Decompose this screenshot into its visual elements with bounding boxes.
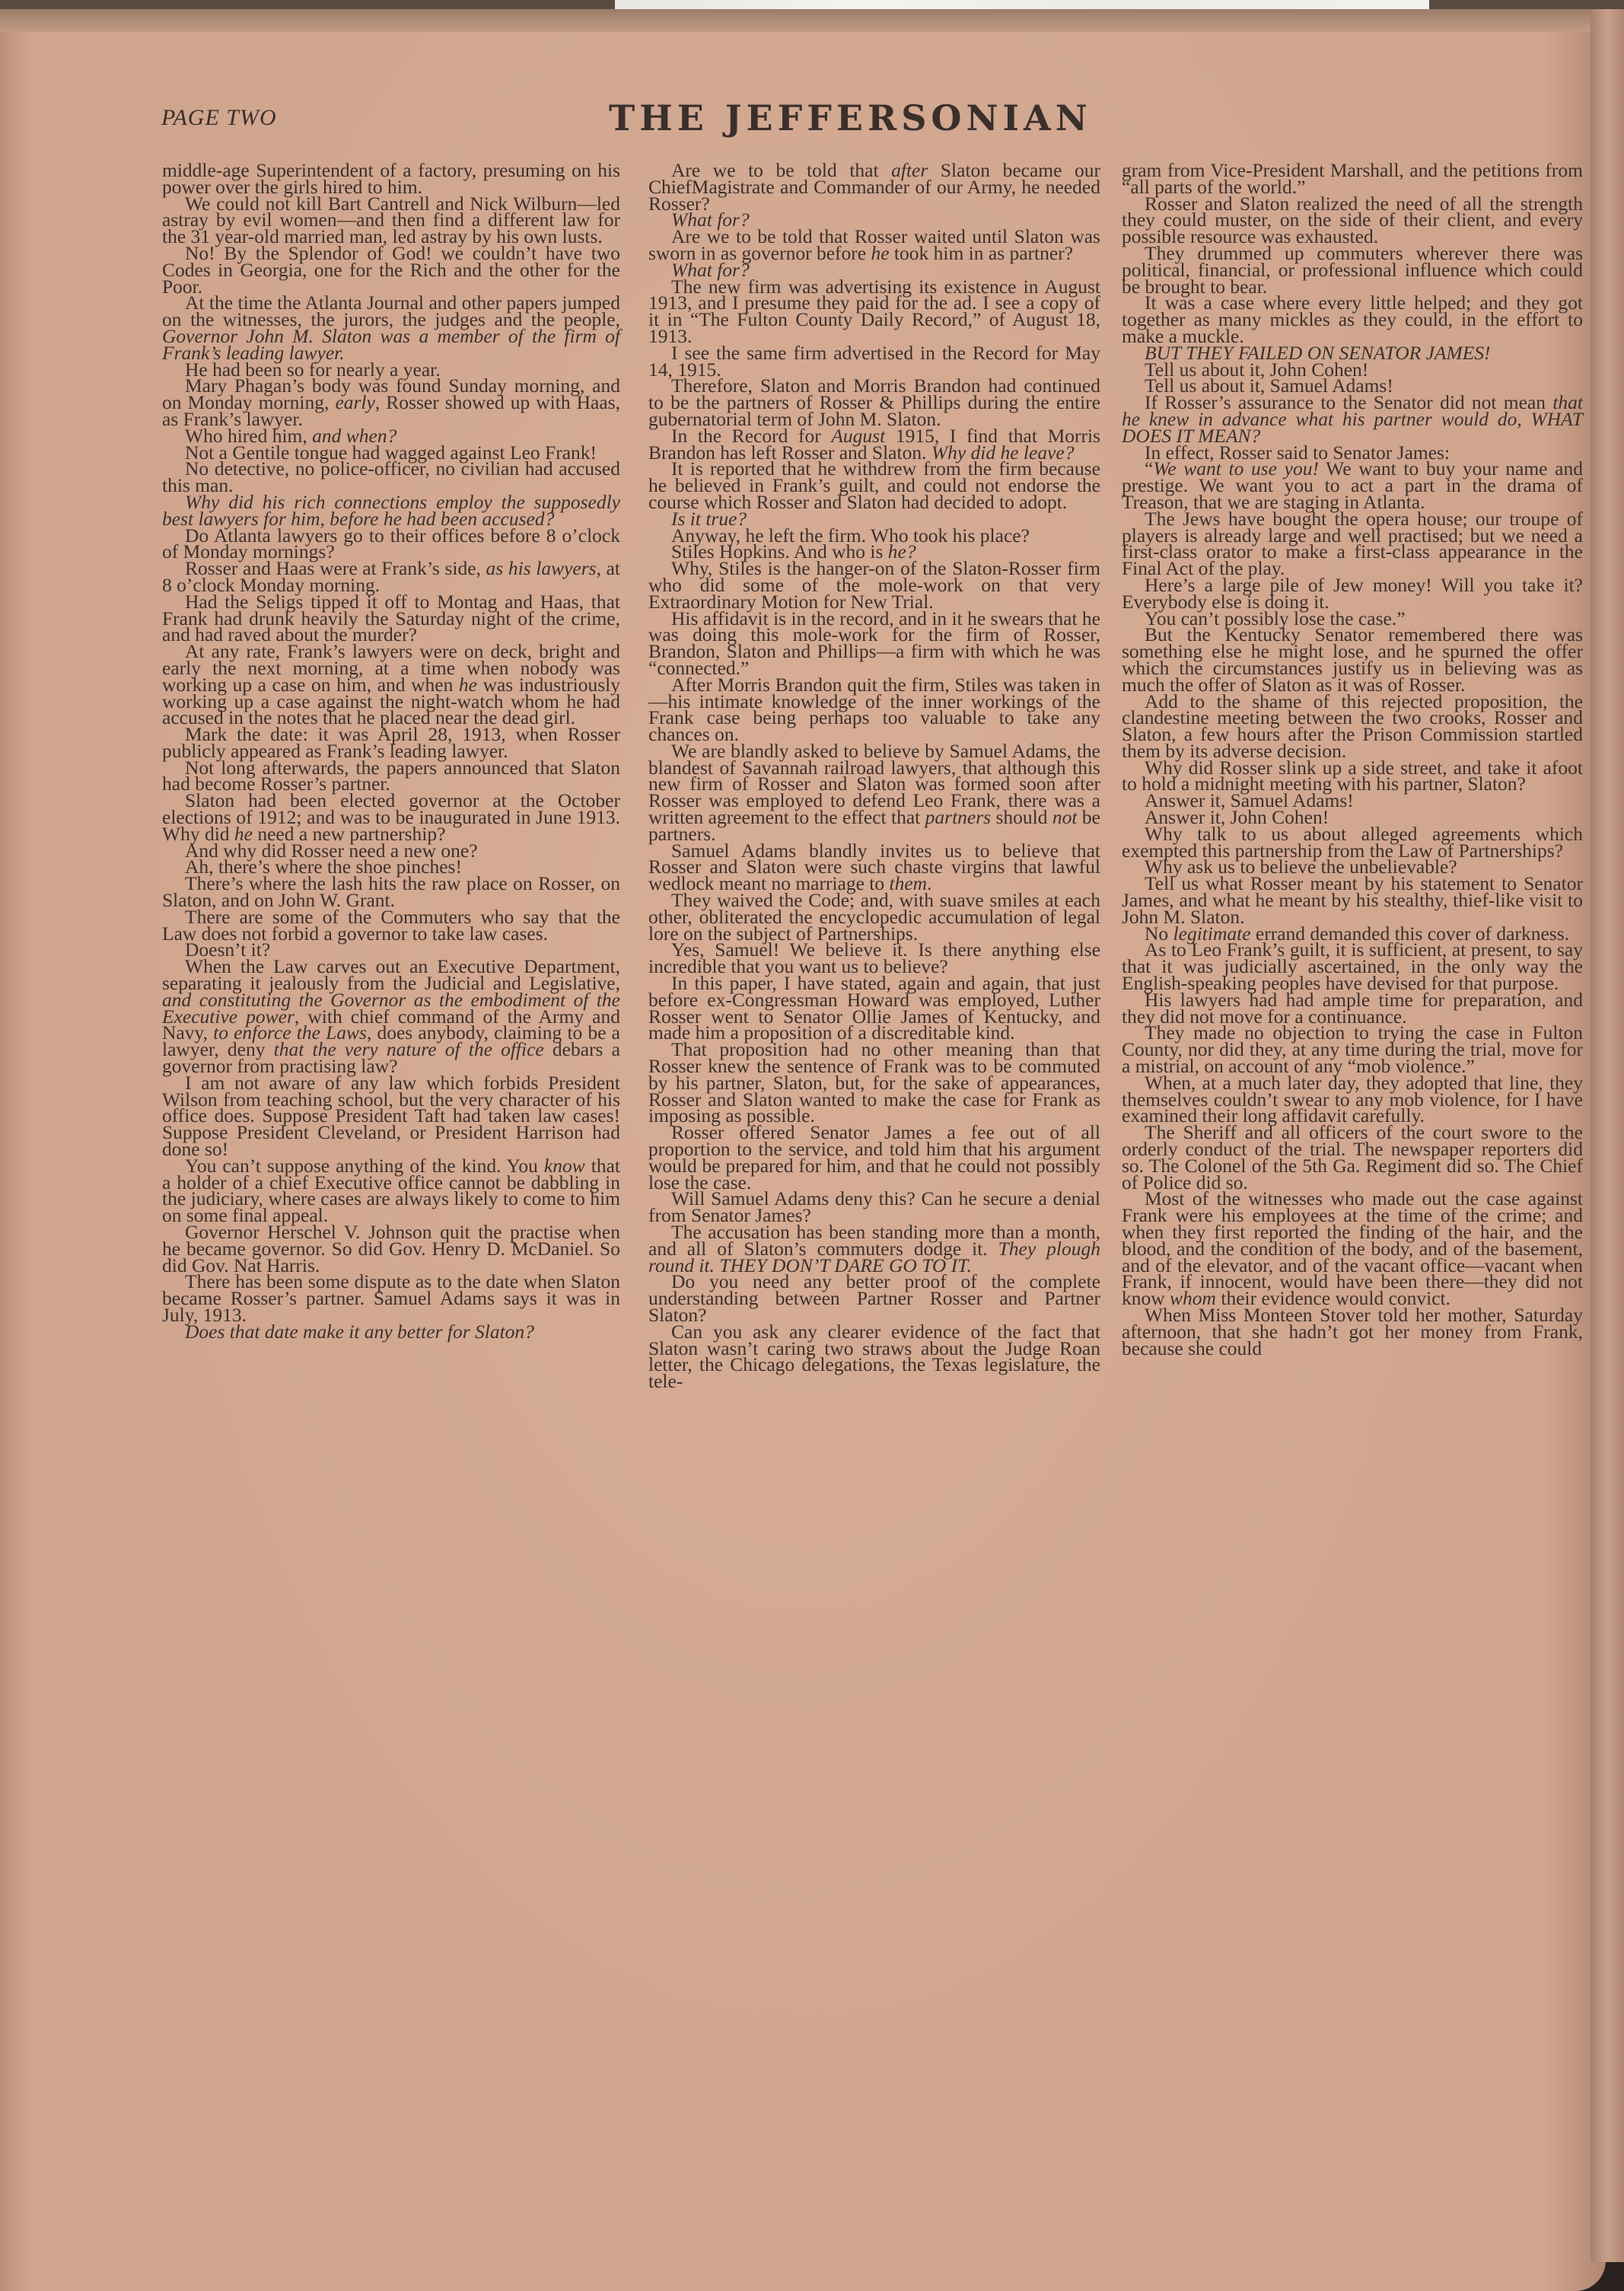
article-paragraph: But the Kentucky Senator remembered ther… (1122, 626, 1583, 693)
article-paragraph: You can’t suppose anything of the kind. … (162, 1158, 620, 1224)
body-text: Why, Stiles is the hanger-on of the Slat… (648, 557, 1100, 613)
article-paragraph: We could not kill Bart Cantrell and Nick… (162, 196, 620, 245)
article-paragraph: They waived the Code; and, with suave sm… (648, 892, 1100, 942)
article-column-2: Are we to be told that after Slaton beca… (648, 162, 1100, 1390)
article-paragraph: I am not aware of any law which forbids … (162, 1075, 620, 1158)
body-text: Tell us what Rosser meant by his stateme… (1122, 872, 1583, 928)
article-paragraph: middle-age Superintendent of a factory, … (162, 162, 620, 196)
body-text: No! By the Splendor of God! we couldn’t … (162, 242, 620, 298)
article-paragraph: Rosser and Slaton realized the need of a… (1122, 196, 1583, 245)
body-text: should (991, 806, 1052, 828)
article-paragraph: Do you need any better proof of the comp… (648, 1273, 1100, 1323)
article-paragraph: Slaton had been elected governor at the … (162, 792, 620, 842)
article-paragraph: When the Law carves out an Executive Dep… (162, 958, 620, 1075)
body-text: Therefore, Slaton and Morris Brandon had… (648, 374, 1100, 430)
article-paragraph: The Jews have bought the opera house; ou… (1122, 511, 1583, 577)
article-paragraph: Are we to be told that Rosser waited unt… (648, 228, 1100, 262)
article-paragraph: No! By the Splendor of God! we couldn’t … (162, 245, 620, 295)
article-paragraph: Yes, Samuel! We believe it. Is there any… (648, 942, 1100, 975)
body-text: Had the Seligs tipped it off to Montag a… (162, 591, 620, 646)
article-paragraph: Samuel Adams blandly invites us to belie… (648, 843, 1100, 892)
article-paragraph: As to Leo Frank’s guilt, it is sufficien… (1122, 942, 1583, 991)
publication-title: THE JEFFERSONIAN (609, 97, 1092, 139)
article-paragraph: Here’s a large pile of Jew money! Will y… (1122, 577, 1583, 610)
article-paragraph: In this paper, I have stated, again and … (648, 975, 1100, 1041)
article-paragraph: Most of the witnesses who made out the c… (1122, 1190, 1583, 1307)
article-paragraph: Rosser offered Senator James a fee out o… (648, 1124, 1100, 1190)
article-paragraph: At the time the Atlanta Journal and othe… (162, 295, 620, 361)
article-paragraph: Had the Seligs tipped it off to Montag a… (162, 594, 620, 643)
body-text: As to Leo Frank’s guilt, it is sufficien… (1122, 938, 1583, 994)
article-paragraph: There has been some dispute as to the da… (162, 1273, 620, 1323)
page-number-label: PAGE TWO (161, 105, 277, 131)
article-paragraph: Does that date make it any better for Sl… (162, 1324, 620, 1340)
italic-text: Does that date make it any better for Sl… (185, 1321, 534, 1343)
body-text: It is reported that he withdrew from the… (648, 457, 1100, 513)
article-paragraph: Do Atlanta lawyers go to their offices b… (162, 527, 620, 561)
body-text: Samuel Adams blandly invites us to belie… (648, 840, 1100, 895)
article-paragraph: gram from Vice-President Marshall, and t… (1122, 162, 1583, 196)
article-paragraph: Why, Stiles is the hanger-on of the Slat… (648, 560, 1100, 610)
masthead: PAGE TWO THE JEFFERSONIAN (0, 97, 1624, 143)
body-text: The Jews have bought the opera house; ou… (1122, 508, 1583, 579)
article-paragraph: His lawyers had had ample time for prepa… (1122, 992, 1583, 1025)
article-paragraph: Why did Rosser slink up a side street, a… (1122, 760, 1583, 793)
body-text: In this paper, I have stated, again and … (648, 972, 1100, 1044)
body-text: took him in as partner? (890, 242, 1073, 264)
article-column-1: middle-age Superintendent of a factory, … (162, 162, 620, 1340)
article-paragraph: That proposition had no other meaning th… (648, 1041, 1100, 1124)
body-text: That proposition had no other meaning th… (648, 1038, 1100, 1126)
article-paragraph: When Miss Monteen Stover told her mother… (1122, 1307, 1583, 1356)
article-paragraph: It is reported that he withdrew from the… (648, 460, 1100, 510)
article-paragraph: His affidavit is in the record, and in i… (648, 610, 1100, 677)
body-text: Rosser and Slaton realized the need of a… (1122, 193, 1583, 248)
article-paragraph: Governor Herschel V. Johnson quit the pr… (162, 1224, 620, 1273)
article-paragraph: Tell us what Rosser meant by his stateme… (1122, 875, 1583, 925)
body-text: Do you need any better proof of the comp… (648, 1270, 1100, 1326)
article-paragraph: We are blandly asked to believe by Samue… (648, 743, 1100, 843)
italic-text: early (335, 391, 374, 413)
article-paragraph: The accusation has been standing more th… (648, 1224, 1100, 1273)
article-paragraph: Why talk to us about alleged agreements … (1122, 826, 1583, 859)
article-paragraph: When, at a much later day, they adopted … (1122, 1075, 1583, 1124)
article-paragraph: “We want to use you! We want to buy your… (1122, 460, 1583, 510)
article-paragraph: Mark the date: it was April 28, 1913, wh… (162, 726, 620, 760)
page-top-border (0, 9, 1598, 32)
body-text: When Miss Monteen Stover told her mother… (1122, 1304, 1583, 1359)
body-text: But the Kentucky Senator remembered ther… (1122, 623, 1583, 695)
body-text: I am not aware of any law which forbids … (162, 1072, 620, 1160)
article-paragraph: In the Record for August 1915, I find th… (648, 428, 1100, 461)
article-paragraph: If Rosser’s assurance to the Senator did… (1122, 394, 1583, 444)
article-paragraph: After Morris Brandon quit the firm, Stil… (648, 677, 1100, 743)
article-paragraph: It was a case where every little helped;… (1122, 295, 1583, 344)
body-text: The new firm was advertising its existen… (648, 276, 1100, 347)
body-text: They made no objection to trying the cas… (1122, 1021, 1583, 1077)
article-paragraph: Why did his rich connections employ the … (162, 494, 620, 527)
article-paragraph: The new firm was advertising its existen… (648, 279, 1100, 345)
body-text: The Sheriff and all officers of the cour… (1122, 1121, 1583, 1193)
article-paragraph: They drummed up commuters wherever there… (1122, 245, 1583, 295)
article-paragraph: Not long afterwards, the papers announce… (162, 760, 620, 793)
italic-text: he (871, 242, 889, 264)
body-text: They drummed up commuters wherever there… (1122, 242, 1583, 298)
body-text: His affidavit is in the record, and in i… (648, 607, 1100, 679)
article-paragraph: The Sheriff and all officers of the cour… (1122, 1124, 1583, 1190)
article-paragraph: Therefore, Slaton and Morris Brandon had… (648, 378, 1100, 427)
article-paragraph: Are we to be told that after Slaton beca… (648, 162, 1100, 212)
body-text: There has been some dispute as to the da… (162, 1270, 620, 1326)
article-paragraph: There are some of the Commuters who say … (162, 909, 620, 942)
body-text: Can you ask any clearer evidence of the … (648, 1321, 1100, 1392)
body-text: It was a case where every little helped;… (1122, 292, 1583, 347)
article-paragraph: I see the same firm advertised in the Re… (648, 345, 1100, 378)
article-paragraph: Rosser and Haas were at Frank’s side, as… (162, 560, 620, 594)
body-text: When, at a much later day, they adopted … (1122, 1072, 1583, 1127)
article-column-3: gram from Vice-President Marshall, and t… (1122, 162, 1583, 1356)
article-paragraph: Mary Phagan’s body was found Sunday morn… (162, 378, 620, 427)
article-paragraph: Add to the shame of this rejected propos… (1122, 693, 1583, 760)
italic-text: partners (925, 806, 991, 828)
italic-text: not (1052, 806, 1078, 828)
body-text: Rosser offered Senator James a fee out o… (648, 1121, 1100, 1193)
article-paragraph: There’s where the lash hits the raw plac… (162, 875, 620, 909)
body-text: Governor Herschel V. Johnson quit the pr… (162, 1221, 620, 1276)
article-paragraph: No detective, no police-officer, no civi… (162, 460, 620, 494)
article-paragraph: Will Samuel Adams deny this? Can he secu… (648, 1190, 1100, 1224)
article-paragraph: At any rate, Frank’s lawyers were on dec… (162, 643, 620, 726)
body-text: We could not kill Bart Cantrell and Nick… (162, 193, 620, 248)
italic-text: as his lawyers (486, 557, 597, 579)
body-text: Add to the shame of this rejected propos… (1122, 690, 1583, 762)
binding-spine (1591, 9, 1624, 2262)
body-text: They waived the Code; and, with suave sm… (648, 889, 1100, 945)
article-paragraph: Can you ask any clearer evidence of the … (648, 1324, 1100, 1390)
body-text: After Morris Brandon quit the firm, Stil… (648, 674, 1100, 745)
article-paragraph: They made no objection to trying the cas… (1122, 1024, 1583, 1074)
